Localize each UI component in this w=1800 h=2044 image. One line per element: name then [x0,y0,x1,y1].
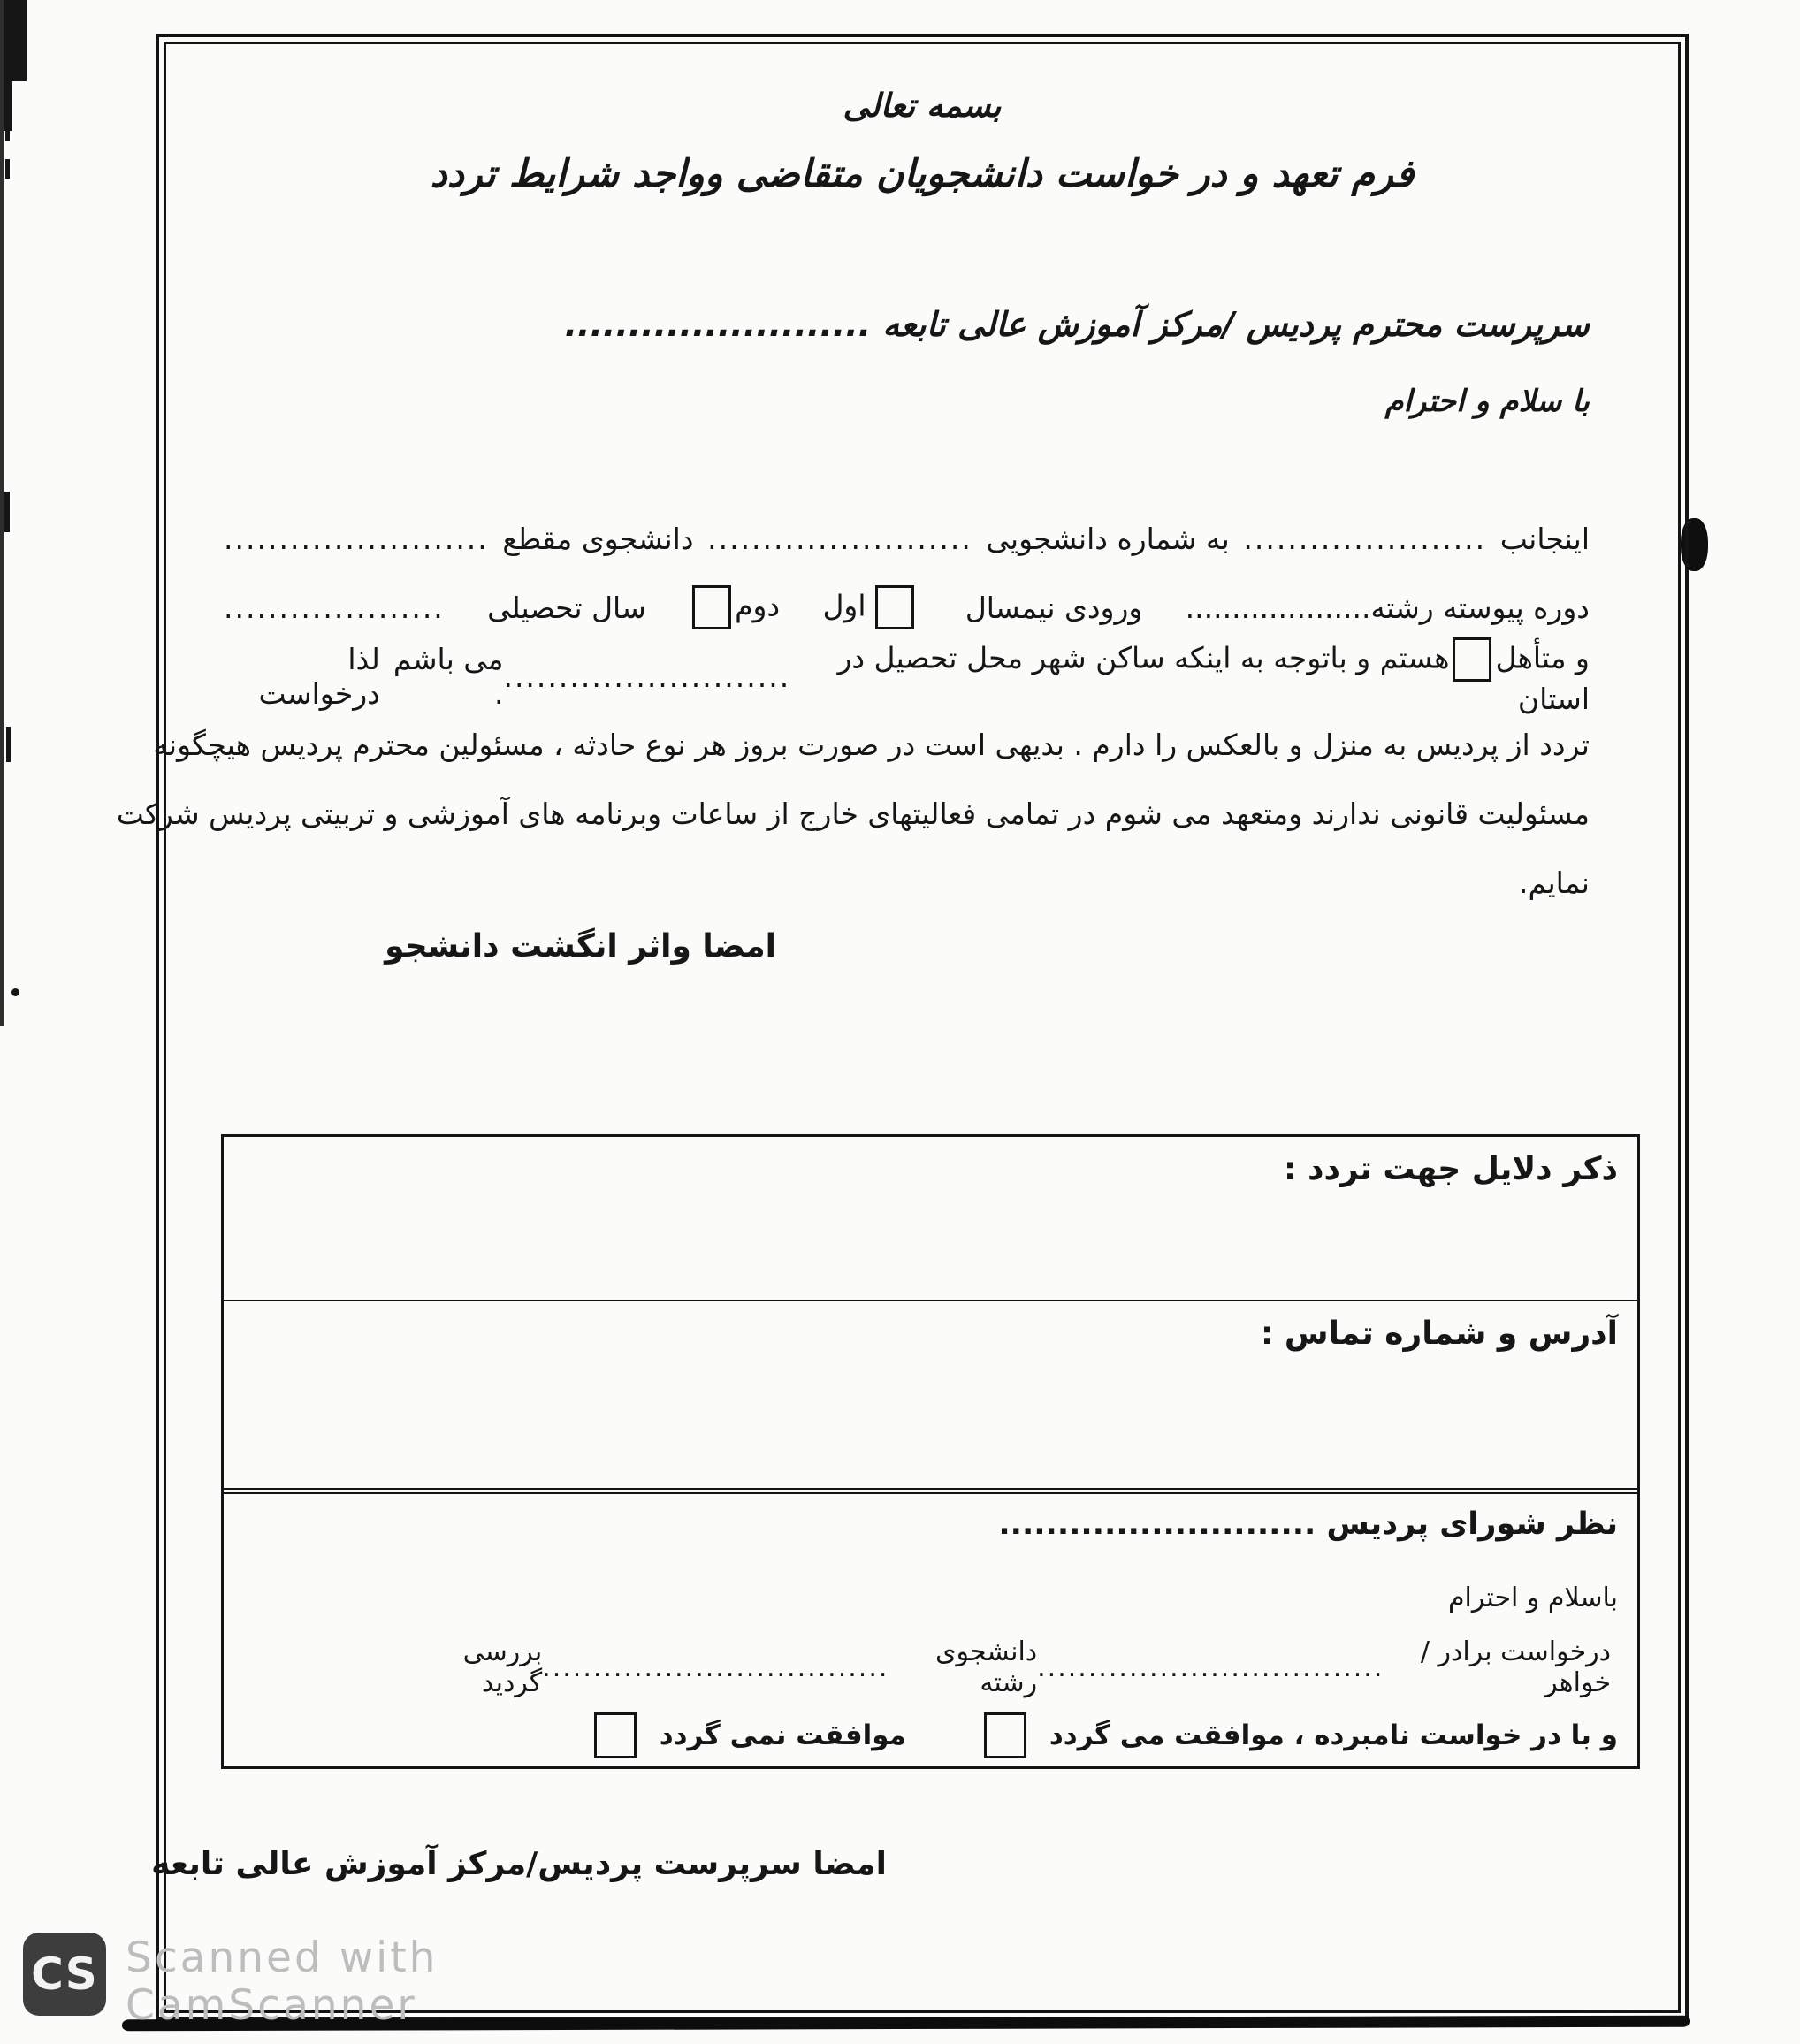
checkbox-married[interactable] [1453,637,1491,682]
council-salutation: باسلام و احترام [243,1583,1618,1613]
dotted-blank-degree-level: ........................ [224,522,489,556]
supervisor-signature-label: امضا سرپرست پردیس/مرکز آموزش عالی تابعه [151,1846,887,1882]
salutation-line: با سلام و احترام [1384,384,1590,419]
label-degree-level: دانشجوی مقطع [502,522,693,556]
paragraph-line-1: اینجانب ...................... به شماره … [224,504,1590,573]
scan-artifact-dot [11,988,19,996]
label-entry-semester: ورودی نیمسال [965,591,1143,625]
dotted-blank-field: .................................. [542,1652,889,1683]
watermark-line1: Scanned with [126,1934,438,1982]
paragraph-line-3: و متأهلهستم و باتوجه به اینکه ساکن شهر م… [224,642,1590,711]
reasons-label: ذکر دلایل جهت تردد : [1284,1151,1618,1187]
label-was-reviewed: بررسی گردید [411,1636,542,1698]
label-request-brother-sister: درخواست برادر /خواهر [1384,1636,1611,1698]
dotted-blank-name: ...................... [1243,522,1486,556]
scan-artifact-left-edge [0,0,4,1026]
label-i-undersigned: اینجانب [1500,522,1590,556]
address-label: آدرس و شماره تماس : [1261,1316,1618,1352]
camscanner-logo: CS [23,1933,106,2016]
group-married: و متأهلهستم و باتوجه به اینکه ساکن شهر م… [790,637,1590,716]
reasons-section: ذکر دلایل جهت تردد : [224,1137,1637,1301]
dotted-blank-academic-year: .................... [224,591,445,625]
scanned-form-page: بسمه تعالی فرم تعهد و در خواست دانشجویان… [0,0,1800,2044]
document-inner-frame: بسمه تعالی فرم تعهد و در خواست دانشجویان… [164,42,1681,2013]
paragraph-line-4: تردد از پردیس به منزل و بالعکس را دارم .… [224,711,1590,780]
addressee-line: سرپرست محترم پردیس /مرکز آموزش عالی تابع… [565,305,1590,344]
address-section: آدرس و شماره تماس : [224,1301,1637,1494]
dotted-blank-student-number: ........................ [707,522,972,556]
paragraph-line-6: نمایم. [224,849,1590,918]
commitment-paragraph: اینجانب ...................... به شماره … [224,504,1590,918]
checkbox-not-approved[interactable] [594,1712,637,1758]
label-student-of-field: دانشجوی رشته [889,1636,1037,1698]
scan-artifact-mark [6,727,11,762]
dotted-blank-province: .......................... [503,660,790,694]
paragraph-line-2: دوره پیوسته رشته.................... ورو… [224,573,1590,642]
council-decision-line: و با در خواست نامبرده ، موافقت می گردد م… [243,1712,1618,1758]
label-married: و متأهل [1495,640,1590,675]
label-request-not-approved: موافقت نمی گردد [660,1720,906,1751]
label-student-number: به شماره دانشجویی [986,522,1229,556]
label-i-am: می باشم . [380,642,504,711]
label-academic-year: سال تحصیلی [487,591,646,625]
council-section: نظر شورای پردیس ........................… [224,1494,1637,1771]
label-second: دوم [735,589,780,623]
checkbox-second-semester[interactable] [692,585,731,629]
paragraph-line-5: مسئولیت قانونی ندارند ومتعهد می شوم در ت… [224,780,1590,849]
dotted-blank-applicant-name: .................................. [1037,1652,1384,1683]
council-review-line: درخواست برادر /خواهر ...................… [243,1636,1618,1698]
watermark-line2: CamScanner [126,1982,438,2030]
label-therefore-request: لذا درخواست [224,642,380,711]
label-first: اول [822,589,866,623]
checkbox-approved[interactable] [984,1712,1026,1758]
group-second-semester: دوم [689,585,780,629]
group-first-semester: اول [822,585,922,629]
label-program-field: دوره پیوسته رشته.................... [1186,591,1590,625]
form-title: فرم تعهد و در خواست دانشجویان متقاضی ووا… [166,152,1678,196]
student-signature-label: امضا واثر انگشت دانشجو [385,928,776,965]
form-table: ذکر دلایل جهت تردد : آدرس و شماره تماس :… [221,1134,1640,1769]
council-opinion-label: نظر شورای پردیس ........................… [243,1506,1618,1542]
scan-artifact-dashes [5,85,10,189]
document-border-frame: بسمه تعالی فرم تعهد و در خواست دانشجویان… [156,34,1689,2021]
besmele-heading: بسمه تعالی [166,87,1678,125]
camscanner-watermark: Scanned with CamScanner [126,1934,438,2030]
checkbox-first-semester[interactable] [875,585,914,629]
label-request-approved: و با در خواست نامبرده ، موافقت می گردد [1049,1720,1618,1751]
scan-artifact-mark [4,492,10,532]
